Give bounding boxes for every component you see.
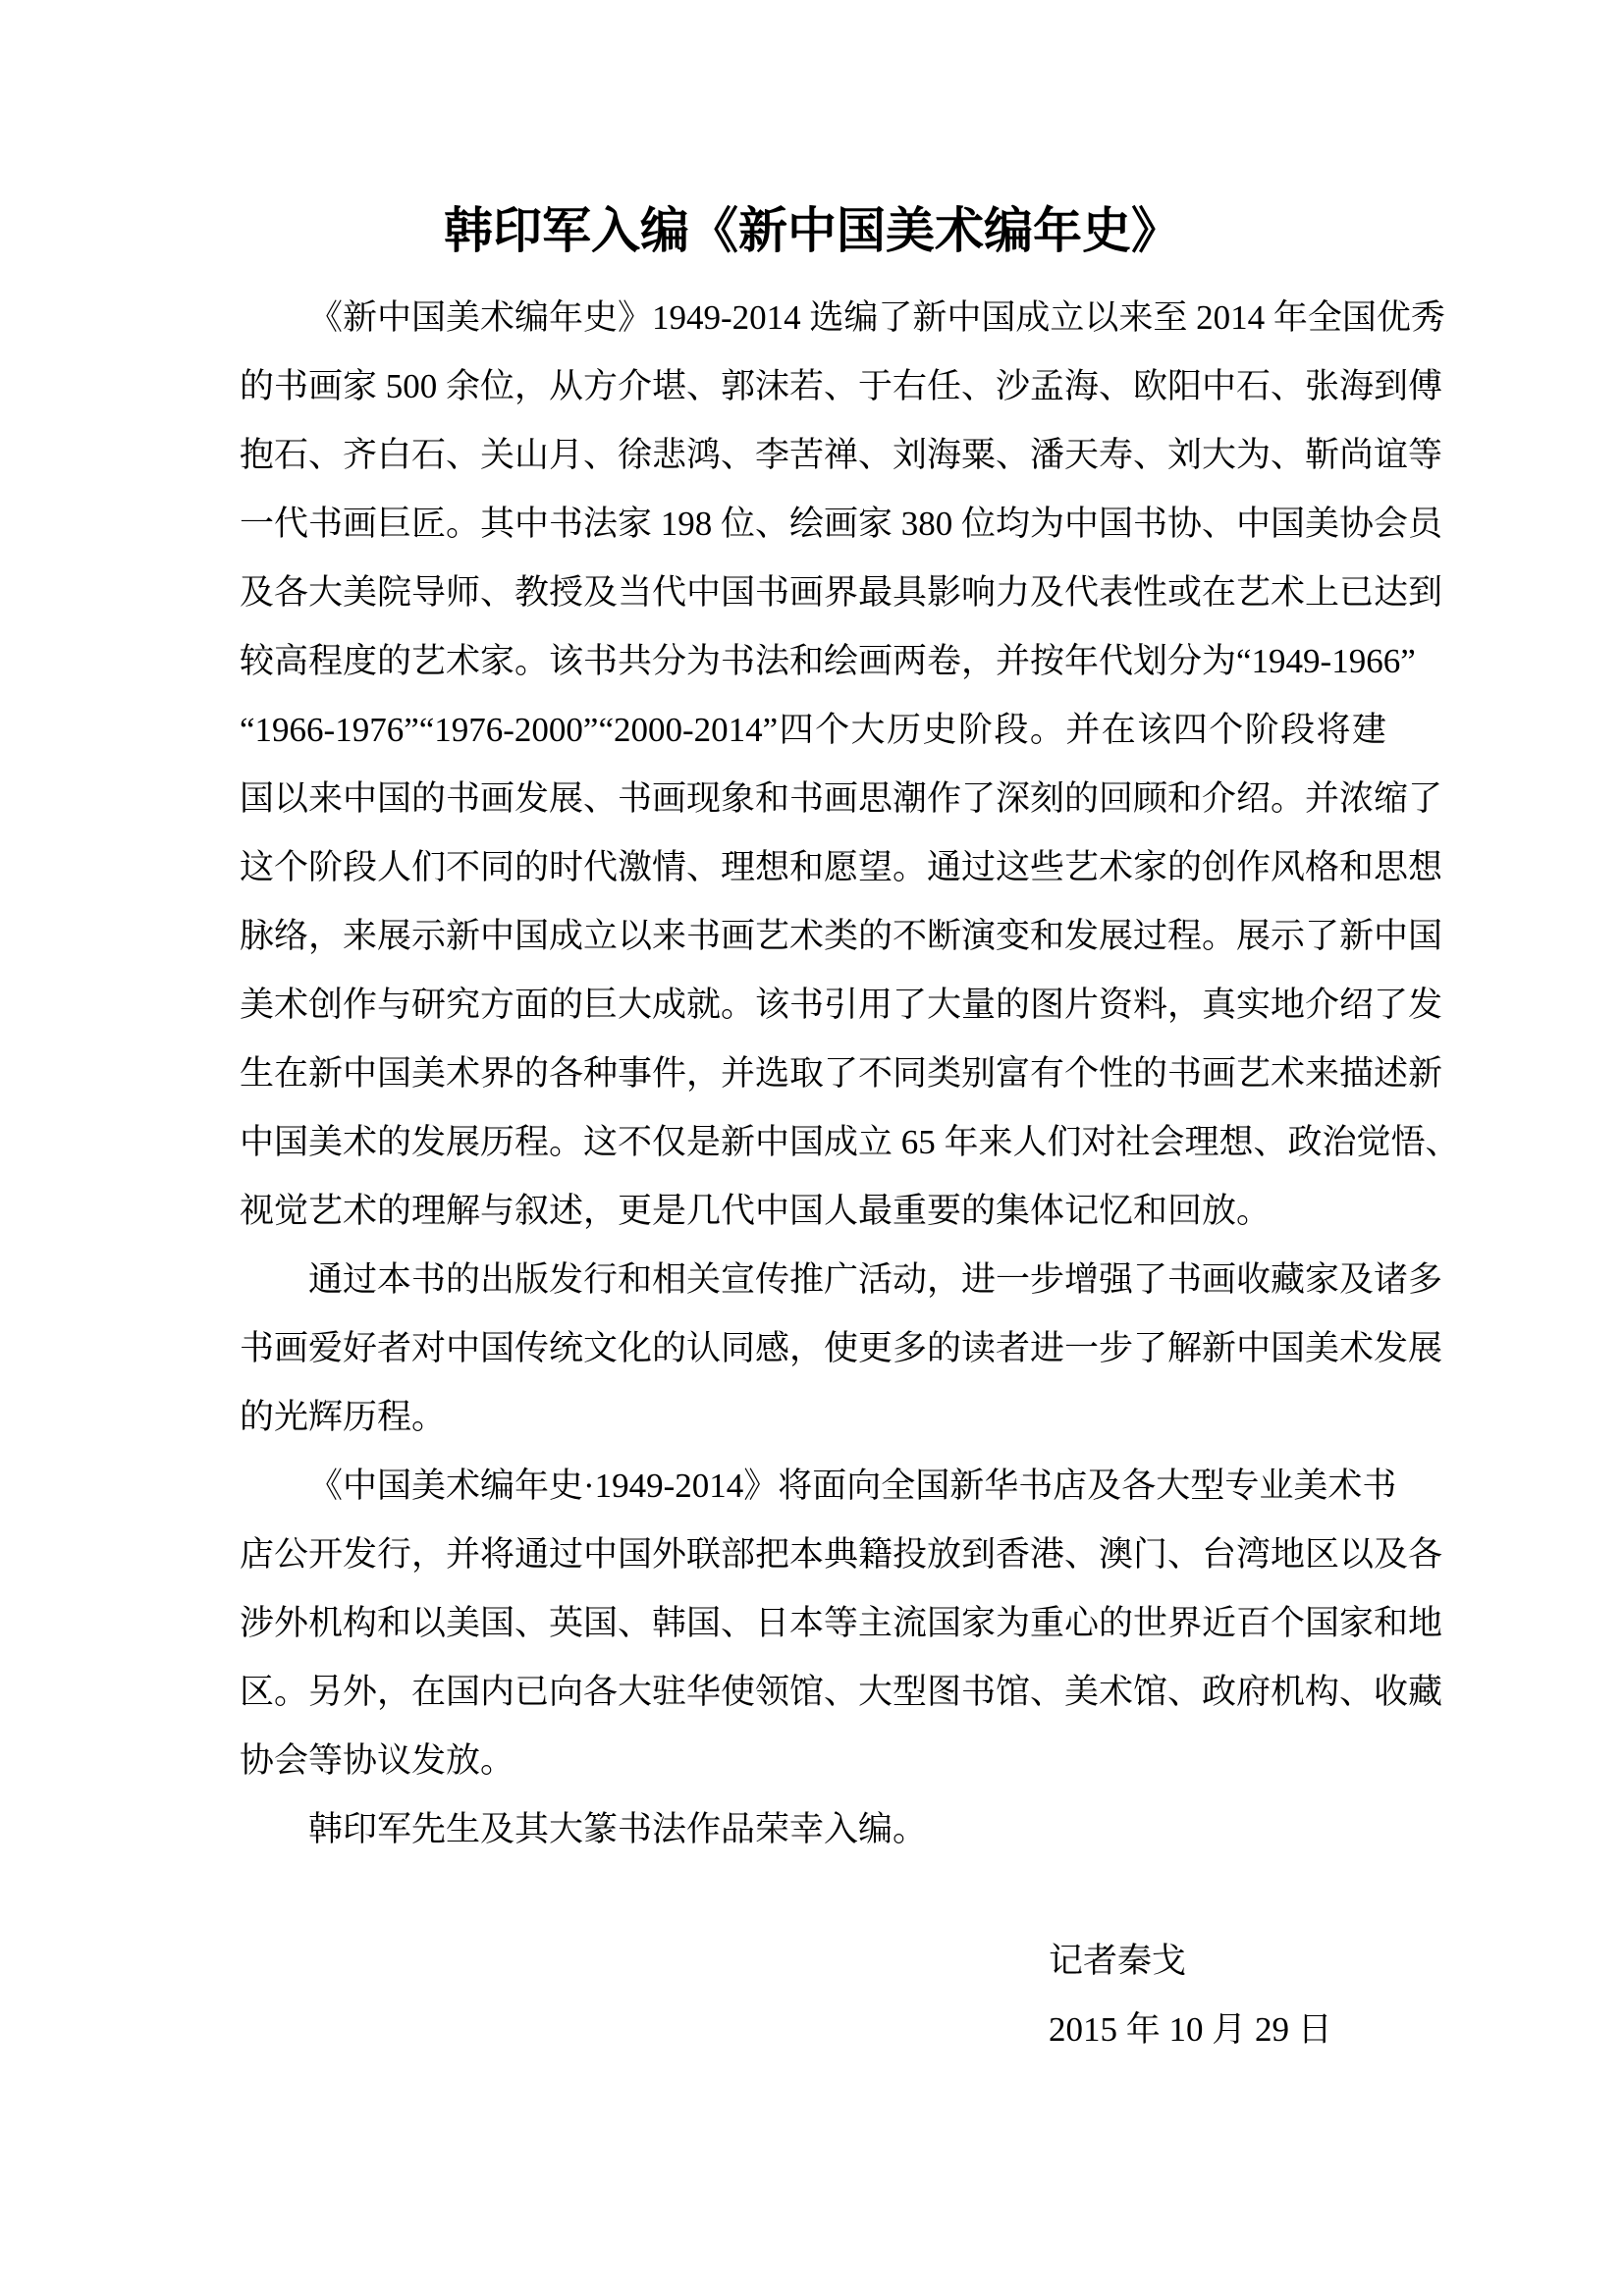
text-line: 《中国美术编年史·1949-2014》将面向全国新华书店及各大型专业美术书 (240, 1452, 1386, 1521)
text-line: 抱石、齐白石、关山月、徐悲鸿、李苦禅、刘海粟、潘天寿、刘大为、靳尚谊等 (240, 421, 1386, 490)
signature-date: 2015 年 10 月 29 日 (1049, 1996, 1332, 2064)
text-line: 涉外机构和以美国、英国、韩国、日本等主流国家为重心的世界近百个国家和地 (240, 1589, 1386, 1658)
text-line: “1966-1976”“1976-2000”“2000-2014”四个大历史阶段… (240, 696, 1386, 765)
text-line: 的书画家 500 余位，从方介堪、郭沫若、于右任、沙孟海、欧阳中石、张海到傅 (240, 352, 1386, 421)
paragraph-4: 韩印军先生及其大篆书法作品荣幸入编。 (240, 1795, 1386, 1864)
text-line: 生在新中国美术界的各种事件，并选取了不同类别富有个性的书画艺术来描述新 (240, 1040, 1386, 1108)
document-title: 韩印军入编《新中国美术编年史》 (0, 200, 1624, 261)
text-line: 视觉艺术的理解与叙述，更是几代中国人最重要的集体记忆和回放。 (240, 1177, 1386, 1246)
text-line: 较高程度的艺术家。该书共分为书法和绘画两卷，并按年代划分为“1949-1966” (240, 627, 1386, 696)
text-line: 中国美术的发展历程。这不仅是新中国成立 65 年来人们对社会理想、政治觉悟、 (240, 1108, 1386, 1177)
text-line: 的光辉历程。 (240, 1383, 1386, 1452)
document-body: 《新中国美术编年史》1949-2014 选编了新中国成立以来至 2014 年全国… (240, 284, 1386, 1864)
text-line: 一代书画巨匠。其中书法家 198 位、绘画家 380 位均为中国书协、中国美协会… (240, 490, 1386, 559)
text-line: 这个阶段人们不同的时代激情、理想和愿望。通过这些艺术家的创作风格和思想 (240, 833, 1386, 902)
text-line: 书画爱好者对中国传统文化的认同感，使更多的读者进一步了解新中国美术发展 (240, 1314, 1386, 1383)
text-line: 及各大美院导师、教授及当代中国书画界最具影响力及代表性或在艺术上已达到 (240, 559, 1386, 627)
text-line: 脉络，来展示新中国成立以来书画艺术类的不断演变和发展过程。展示了新中国 (240, 902, 1386, 971)
paragraph-2: 通过本书的出版发行和相关宣传推广活动，进一步增强了书画收藏家及诸多书画爱好者对中… (240, 1246, 1386, 1452)
text-line: 区。另外，在国内已向各大驻华使领馆、大型图书馆、美术馆、政府机构、收藏 (240, 1658, 1386, 1727)
paragraph-1: 《新中国美术编年史》1949-2014 选编了新中国成立以来至 2014 年全国… (240, 284, 1386, 1246)
text-line: 美术创作与研究方面的巨大成就。该书引用了大量的图片资料，真实地介绍了发 (240, 971, 1386, 1040)
text-line: 通过本书的出版发行和相关宣传推广活动，进一步增强了书画收藏家及诸多 (240, 1246, 1386, 1314)
text-line: 《新中国美术编年史》1949-2014 选编了新中国成立以来至 2014 年全国… (240, 284, 1386, 352)
signature-author: 记者秦戈 (1049, 1927, 1332, 1996)
signature-block: 记者秦戈 2015 年 10 月 29 日 (1049, 1927, 1332, 2064)
document-page: 韩印军入编《新中国美术编年史》 《新中国美术编年史》1949-2014 选编了新… (0, 0, 1624, 2296)
text-line: 协会等协议发放。 (240, 1727, 1386, 1795)
text-line: 韩印军先生及其大篆书法作品荣幸入编。 (240, 1795, 1386, 1864)
text-line: 店公开发行，并将通过中国外联部把本典籍投放到香港、澳门、台湾地区以及各 (240, 1521, 1386, 1589)
text-line: 国以来中国的书画发展、书画现象和书画思潮作了深刻的回顾和介绍。并浓缩了 (240, 765, 1386, 833)
paragraph-3: 《中国美术编年史·1949-2014》将面向全国新华书店及各大型专业美术书店公开… (240, 1452, 1386, 1795)
